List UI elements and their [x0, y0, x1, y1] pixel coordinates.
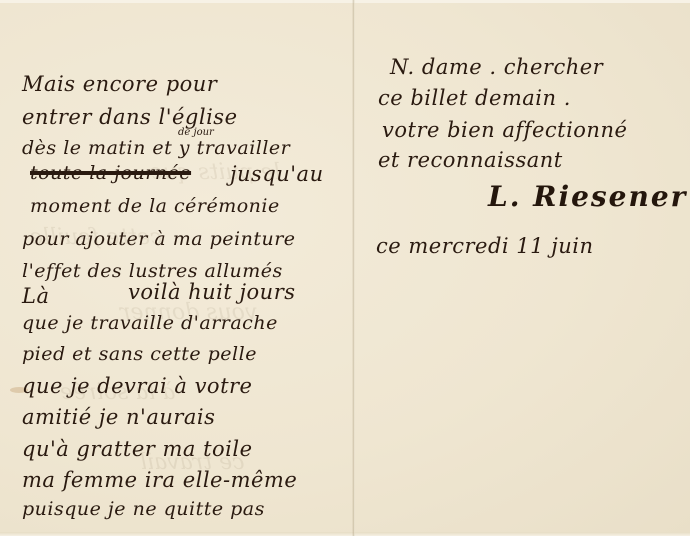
letter-line: ma femme ira elle-même: [22, 468, 297, 492]
center-fold: [352, 0, 355, 536]
letter-line: ce billet demain .: [378, 86, 571, 110]
signature: L. Riesener: [488, 180, 687, 213]
letter-line: Là: [22, 284, 49, 308]
letter-line: qu'à gratter ma toile: [22, 437, 253, 461]
letter-line: votre bien affectionné: [382, 118, 627, 142]
letter-line: que je travaille d'arrache: [22, 312, 278, 334]
letter-line: que je devrai à votre: [22, 374, 252, 398]
letter-line: pied et sans cette pelle: [22, 343, 257, 365]
letter-line: dès le matin et y travailler: [22, 137, 290, 159]
letter-sheet: le puits que cette feuille vous donner à…: [0, 0, 690, 536]
letter-line: N. dame . chercher: [390, 55, 603, 79]
letter-line: et reconnaissant: [378, 148, 563, 172]
letter-line: moment de la cérémonie: [30, 195, 280, 217]
letter-line: pour ajouter à ma peinture: [22, 228, 296, 250]
paper-edge-top: [0, 0, 690, 3]
letter-line: voilà huit jours: [128, 280, 296, 304]
date-line: ce mercredi 11 juin: [376, 234, 593, 258]
letter-line: amitié je n'aurais: [22, 405, 215, 429]
letter-line: entrer dans l'église: [22, 105, 238, 129]
paper-edge-bottom: [0, 532, 690, 536]
letter-line: l'effet des lustres allumés: [22, 260, 283, 282]
struck-through-line: toute la journée: [30, 162, 191, 184]
letter-line: jusqu'au: [230, 162, 324, 186]
letter-line: Mais encore pour: [22, 72, 217, 96]
letter-line: puisque je ne quitte pas: [22, 498, 265, 520]
